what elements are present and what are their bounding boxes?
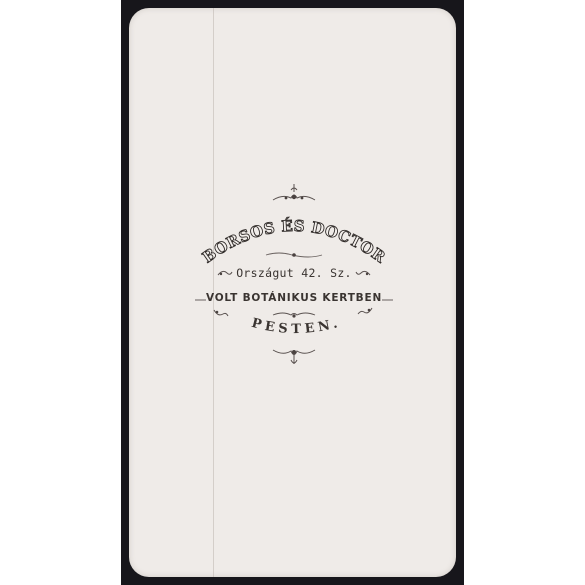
- city-name: PESTEN.: [250, 315, 343, 337]
- pesten-left-scroll-icon: [213, 308, 229, 320]
- pesten-right-scroll-icon: [357, 306, 373, 318]
- photo-card-back: BORSOS ÉS DOCTOR Országut 42. Sz. VOLT B…: [129, 8, 456, 577]
- svg-text:PESTEN.: PESTEN.: [250, 315, 343, 337]
- address-line: Országut 42. Sz.: [199, 266, 389, 280]
- photographer-imprint: BORSOS ÉS DOCTOR Országut 42. Sz. VOLT B…: [199, 180, 389, 370]
- bottom-pendant-icon: [269, 346, 319, 368]
- location-line: VOLT BOTÁNIKUS KERTBEN: [199, 292, 389, 304]
- title-separator-icon: [264, 250, 324, 260]
